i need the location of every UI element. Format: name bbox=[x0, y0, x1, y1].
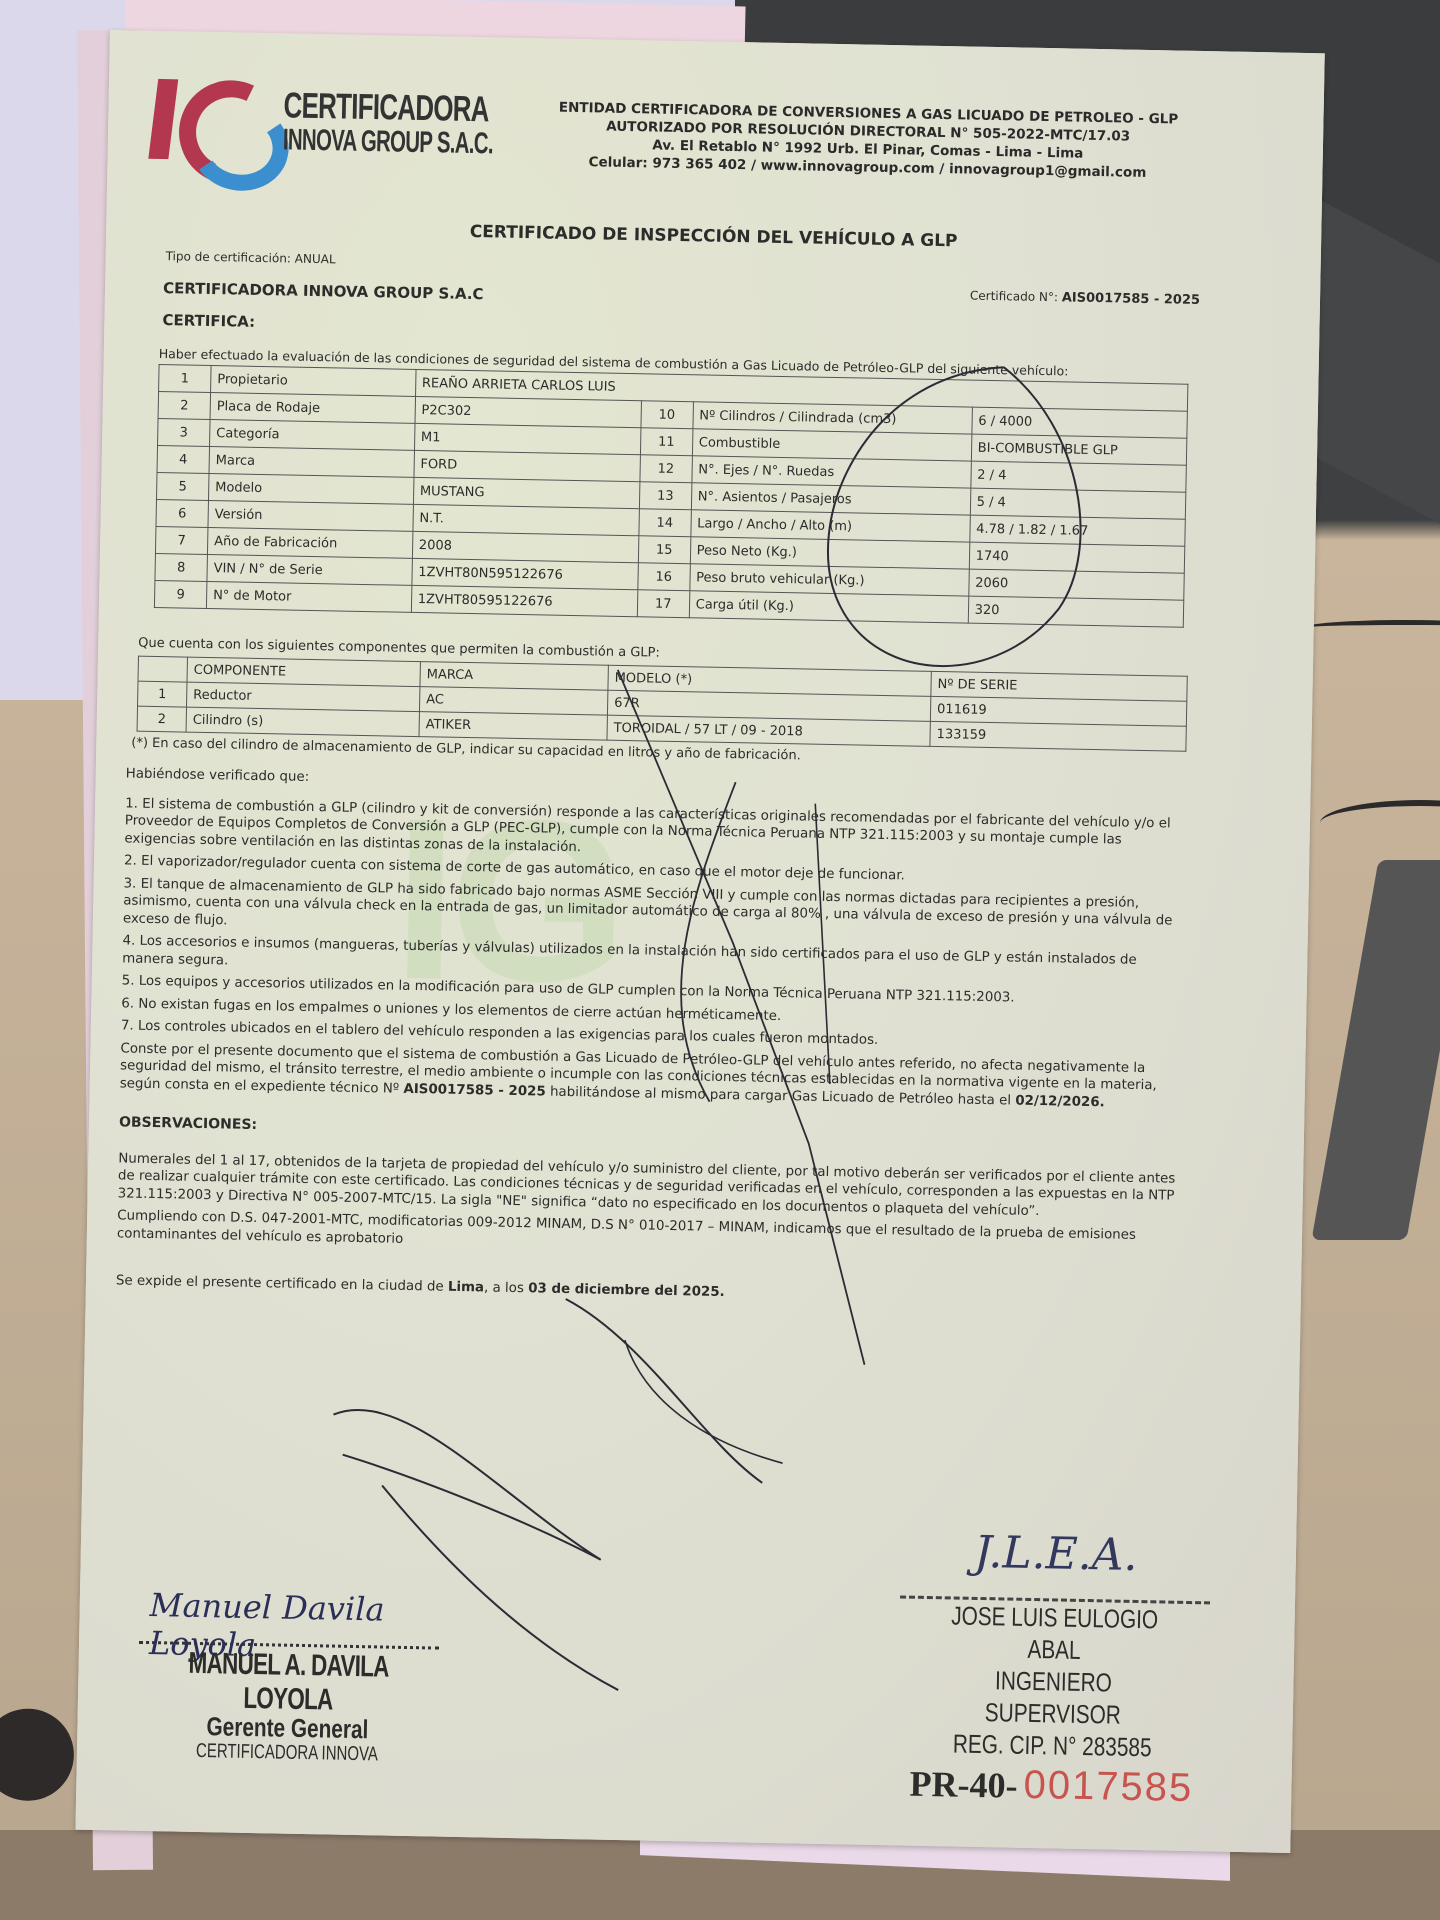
column-header bbox=[138, 656, 187, 682]
table-cell: Cilindro (s) bbox=[186, 707, 419, 736]
table-cell: Categoría bbox=[209, 419, 414, 450]
column-header: MARCA bbox=[420, 662, 608, 691]
table-cell: 9 bbox=[154, 580, 206, 608]
certificate-body: Habiéndose verificado que: 1. El sistema… bbox=[116, 765, 1186, 1315]
table-cell: 5 / 4 bbox=[970, 488, 1186, 519]
entity-header: ENTIDAD CERTIFICADORA DE CONVERSIONES A … bbox=[507, 98, 1228, 184]
table-cell: 3 bbox=[158, 418, 210, 446]
logo-line1: CERTIFICADORA bbox=[283, 87, 506, 127]
table-cell: 13 bbox=[639, 482, 691, 510]
table-cell: FORD bbox=[414, 450, 640, 481]
table-cell: N° de Motor bbox=[206, 581, 411, 612]
table-cell: BI-COMBUSTIBLE GLP bbox=[971, 434, 1187, 465]
table-cell: 2 / 4 bbox=[970, 461, 1186, 492]
table-cell: 4 bbox=[157, 445, 209, 473]
table-cell: Marca bbox=[209, 446, 414, 477]
serial-number: 0017585 bbox=[1023, 1763, 1194, 1810]
table-cell: 2060 bbox=[968, 569, 1184, 600]
table-cell: P2C302 bbox=[415, 396, 641, 427]
company-name: CERTIFICADORA INNOVA GROUP S.A.C bbox=[163, 279, 484, 303]
table-cell: 17 bbox=[637, 590, 689, 618]
certificate-document: IG CERTIFICADORA INNOVA GROUP S.A.C. ENT… bbox=[75, 30, 1324, 1853]
table-cell: 4.78 / 1.82 / 1.67 bbox=[969, 515, 1185, 546]
table-cell: 1740 bbox=[969, 542, 1185, 573]
logo-line2: INNOVA GROUP S.A.C. bbox=[283, 125, 494, 159]
table-cell: 2 bbox=[158, 391, 210, 419]
signer-org: CERTIFICADORA INNOVA GROUP S.A.C. bbox=[174, 1740, 399, 1762]
table-cell: TOROIDAL / 57 LT / 09 - 2018 bbox=[607, 715, 930, 746]
table-cell: 1ZVHT80595122676 bbox=[411, 585, 637, 616]
certificate-number: Certificado N°: AIS0017585 - 2025 bbox=[970, 289, 1200, 308]
table-cell: 8 bbox=[155, 553, 207, 581]
table-cell: 12 bbox=[640, 455, 692, 483]
table-cell: 133159 bbox=[930, 721, 1186, 751]
engineer-name: JOSE LUIS EULOGIO ABAL bbox=[930, 1599, 1179, 1668]
table-cell: 2008 bbox=[412, 531, 638, 562]
observations-title: OBSERVACIONES: bbox=[119, 1114, 1179, 1152]
issue-statement: Se expide el presente certificado en la … bbox=[116, 1272, 1176, 1310]
table-cell: 16 bbox=[638, 563, 690, 591]
table-cell: M1 bbox=[414, 423, 640, 454]
signature-scribble: J.L.E.A. bbox=[900, 1525, 1211, 1604]
signer-name: MANUEL A. DAVILA LOYOLA bbox=[175, 1647, 401, 1719]
document-serial: PR-40-0017585 bbox=[896, 1760, 1207, 1811]
table-cell: 15 bbox=[638, 536, 690, 564]
engineer-signature-block: J.L.E.A. JOSE LUIS EULOGIO ABAL INGENIER… bbox=[896, 1525, 1211, 1811]
ig-logo-icon bbox=[152, 71, 274, 168]
certification-type: Tipo de certificación: ANUAL bbox=[166, 249, 336, 266]
signature-scribble: Manuel Davila Loyola bbox=[139, 1586, 440, 1650]
table-cell: 10 bbox=[641, 401, 693, 429]
table-cell: Carga útil (Kg.) bbox=[689, 591, 968, 623]
table-cell: AC bbox=[419, 687, 607, 716]
certifica-heading: CERTIFICA: bbox=[162, 311, 255, 331]
vehicle-table: 1 Propietario REAÑO ARRIETA CARLOS LUIS … bbox=[154, 364, 1188, 628]
table-cell: Versión bbox=[208, 500, 413, 531]
table-cell: 14 bbox=[639, 509, 691, 537]
table-cell: Placa de Rodaje bbox=[210, 392, 415, 423]
table-cell: 320 bbox=[968, 596, 1184, 627]
table-cell: N.T. bbox=[413, 504, 639, 535]
table-cell: 11 bbox=[640, 428, 692, 456]
engineer-role: INGENIERO SUPERVISOR bbox=[929, 1663, 1178, 1732]
table-cell: 6 bbox=[156, 499, 208, 527]
table-cell: 1ZVHT80N595122676 bbox=[412, 558, 638, 589]
table-cell: MUSTANG bbox=[413, 477, 639, 508]
components-table: COMPONENTEMARCAMODELO (*)Nº DE SERIE1Red… bbox=[137, 656, 1188, 752]
table-cell: 6 / 4000 bbox=[972, 407, 1188, 438]
table-cell: 7 bbox=[155, 526, 207, 554]
manager-signature-block: Manuel Davila Loyola MANUEL A. DAVILA LO… bbox=[137, 1586, 440, 1763]
table-cell: 1 bbox=[138, 681, 187, 707]
engineer-registration: REG. CIP. N° 283585 bbox=[928, 1727, 1177, 1764]
table-cell: 2 bbox=[137, 706, 186, 732]
table-cell: ATIKER bbox=[419, 712, 607, 741]
table-cell: Modelo bbox=[208, 473, 413, 504]
table-cell: Año de Fabricación bbox=[207, 527, 412, 558]
table-cell: 5 bbox=[156, 472, 208, 500]
table-cell: VIN / N° de Serie bbox=[207, 554, 412, 585]
